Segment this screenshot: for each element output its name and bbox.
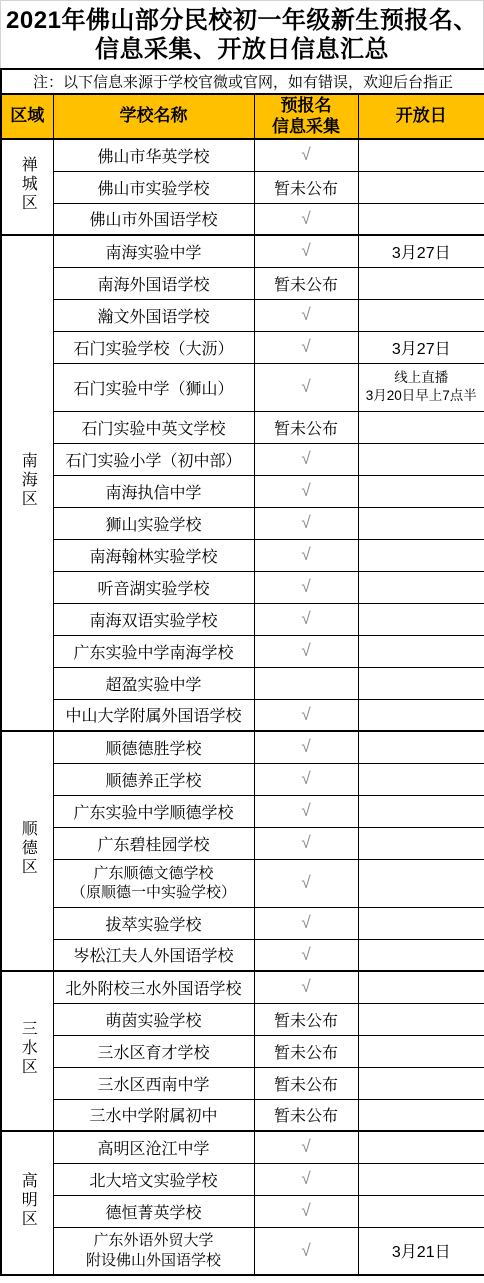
- school-name-cell: 佛山市实验学校: [53, 171, 254, 203]
- openday-cell: [358, 635, 484, 667]
- table-row: 狮山实验学校 √: [1, 507, 484, 539]
- table-row: 南海外国语学校 暂未公布: [1, 267, 484, 299]
- openday-cell: [358, 907, 484, 939]
- table-row: 石门实验中英文学校 暂未公布: [1, 411, 484, 443]
- openday-cell: [358, 1067, 484, 1099]
- openday-cell: [358, 1003, 484, 1035]
- table-row: 高明区 高明区沧江中学 √: [1, 1131, 484, 1163]
- school-name-cell: 拔萃实验学校: [53, 907, 254, 939]
- openday-cell: [358, 827, 484, 859]
- school-name-cell: 三水中学附属初中: [53, 1099, 254, 1131]
- prereg-status-cell: √: [254, 827, 358, 859]
- openday-cell: [358, 667, 484, 699]
- school-name-cell: 岑松江夫人外国语学校: [53, 939, 254, 971]
- school-name-cell: 三水区西南中学: [53, 1067, 254, 1099]
- prereg-status-cell: √: [254, 139, 358, 171]
- school-name-cell: 石门实验小学（初中部）: [53, 443, 254, 475]
- col-header-region: 区域: [1, 94, 53, 139]
- prereg-status-cell: 暂未公布: [254, 1099, 358, 1131]
- table-row: 拔萃实验学校 √: [1, 907, 484, 939]
- prereg-status-cell: √: [254, 539, 358, 571]
- openday-cell: [358, 171, 484, 203]
- prereg-status-cell: √: [254, 475, 358, 507]
- table-row: 顺德养正学校 √: [1, 763, 484, 795]
- prereg-status-cell: √: [254, 603, 358, 635]
- openday-cell: [358, 507, 484, 539]
- region-label: 禅城区: [19, 156, 35, 213]
- table-row: 中山大学附属外国语学校 √: [1, 699, 484, 731]
- openday-cell: [358, 731, 484, 763]
- openday-cell: [358, 1035, 484, 1067]
- openday-cell: [358, 475, 484, 507]
- table-row: 广东顺德文德学校 （原顺德一中实验学校） √: [1, 859, 484, 907]
- prereg-status-cell: √: [254, 731, 358, 763]
- school-name-cell: 广东实验中学南海学校: [53, 635, 254, 667]
- prereg-status-cell: √: [254, 1131, 358, 1163]
- school-name-cell: 北外附校三水外国语学校: [53, 971, 254, 1003]
- school-name-cell: 听音湖实验学校: [53, 571, 254, 603]
- table-row: 三水区育才学校 暂未公布: [1, 1035, 484, 1067]
- prereg-status-cell: √: [254, 1227, 358, 1275]
- prereg-status-cell: √: [254, 635, 358, 667]
- region-cell-nanhai: 南海区: [1, 235, 53, 731]
- note-row: 注：以下信息来源于学校官微或官网，如有错误，欢迎后台指正: [1, 69, 484, 94]
- prereg-status-cell: √: [254, 363, 358, 411]
- table-row: 广东实验中学南海学校 √: [1, 635, 484, 667]
- prereg-status-cell: 暂未公布: [254, 171, 358, 203]
- openday-cell: [358, 763, 484, 795]
- openday-cell: [358, 1131, 484, 1163]
- school-name-cell: 三水区育才学校: [53, 1035, 254, 1067]
- openday-cell: [358, 203, 484, 235]
- table-row: 三水中学附属初中 暂未公布: [1, 1099, 484, 1131]
- table-row: 瀚文外国语学校 √: [1, 299, 484, 331]
- table-row: 南海区 南海实验中学 √ 3月27日: [1, 235, 484, 267]
- prereg-status-cell: √: [254, 1163, 358, 1195]
- prereg-status-cell: 暂未公布: [254, 1035, 358, 1067]
- openday-cell: [358, 1195, 484, 1227]
- openday-cell: [358, 699, 484, 731]
- table-row: 三水区 北外附校三水外国语学校 √: [1, 971, 484, 1003]
- col-header-openday: 开放日: [358, 94, 484, 139]
- school-name-cell: 南海外国语学校: [53, 267, 254, 299]
- page: 2021年佛山部分民校初一年级新生预报名、 信息采集、开放日信息汇总 注：以下信…: [0, 0, 484, 1283]
- openday-cell: [358, 795, 484, 827]
- school-name-cell: 北大培文实验学校: [53, 1163, 254, 1195]
- prereg-status-cell: √: [254, 699, 358, 731]
- table-row: 南海双语实验学校 √: [1, 603, 484, 635]
- region-cell-gaoming: 高明区: [1, 1131, 53, 1275]
- table-row: 石门实验小学（初中部） √: [1, 443, 484, 475]
- prereg-status-cell: √: [254, 971, 358, 1003]
- openday-cell: [358, 603, 484, 635]
- table-row: 超盈实验中学: [1, 667, 484, 699]
- openday-cell: 线上直播 3月20日早上7点半: [358, 363, 484, 411]
- table-row: 萌茵实验学校 暂未公布: [1, 1003, 484, 1035]
- openday-cell: [358, 971, 484, 1003]
- openday-cell: [358, 1099, 484, 1131]
- table-row: 石门实验学校（大沥） √ 3月27日: [1, 331, 484, 363]
- school-name-cell: 高明区沧江中学: [53, 1131, 254, 1163]
- prereg-status-cell: [254, 667, 358, 699]
- openday-cell: [358, 267, 484, 299]
- col-header-prereg: 预报名 信息采集: [254, 94, 358, 139]
- table-row: 北大培文实验学校 √: [1, 1163, 484, 1195]
- openday-cell: [358, 411, 484, 443]
- school-name-cell: 中山大学附属外国语学校: [53, 699, 254, 731]
- openday-cell: [358, 443, 484, 475]
- prereg-status-cell: 暂未公布: [254, 267, 358, 299]
- prereg-status-cell: √: [254, 203, 358, 235]
- openday-cell: 3月27日: [358, 235, 484, 267]
- openday-cell: [358, 299, 484, 331]
- page-title-line-1: 2021年佛山部分民校初一年级新生预报名、: [1, 6, 483, 35]
- school-name-cell: 石门实验学校（大沥）: [53, 331, 254, 363]
- prereg-status-cell: √: [254, 507, 358, 539]
- school-name-cell: 顺德养正学校: [53, 763, 254, 795]
- page-title-line-2: 信息采集、开放日信息汇总: [1, 35, 483, 64]
- prereg-status-cell: √: [254, 235, 358, 267]
- prereg-status-cell: √: [254, 859, 358, 907]
- region-label: 南海区: [19, 452, 35, 509]
- table-header-row: 区域 学校名称 预报名 信息采集 开放日: [1, 94, 484, 139]
- school-name-cell: 广东外语外贸大学 附设佛山外国语学校: [53, 1227, 254, 1275]
- prereg-status-cell: √: [254, 763, 358, 795]
- table-row: 石门实验中学（狮山） √ 线上直播 3月20日早上7点半: [1, 363, 484, 411]
- prereg-status-cell: 暂未公布: [254, 1067, 358, 1099]
- prereg-status-cell: 暂未公布: [254, 411, 358, 443]
- openday-cell: 3月27日: [358, 331, 484, 363]
- openday-cell: [358, 571, 484, 603]
- table-row: 听音湖实验学校 √: [1, 571, 484, 603]
- table-row: 广东碧桂园学校 √: [1, 827, 484, 859]
- prereg-status-cell: √: [254, 571, 358, 603]
- region-label: 高明区: [19, 1172, 35, 1229]
- prereg-status-cell: √: [254, 443, 358, 475]
- note-text: 注：以下信息来源于学校官微或官网，如有错误，欢迎后台指正: [1, 69, 484, 94]
- page-title: 2021年佛山部分民校初一年级新生预报名、 信息采集、开放日信息汇总: [0, 0, 484, 68]
- prereg-status-cell: √: [254, 939, 358, 971]
- table-row: 顺德区 顺德德胜学校 √: [1, 731, 484, 763]
- openday-cell: [358, 939, 484, 971]
- school-name-cell: 广东实验中学顺德学校: [53, 795, 254, 827]
- school-name-cell: 狮山实验学校: [53, 507, 254, 539]
- school-name-cell: 顺德德胜学校: [53, 731, 254, 763]
- school-name-cell: 超盈实验中学: [53, 667, 254, 699]
- col-header-school: 学校名称: [53, 94, 254, 139]
- openday-cell: [358, 539, 484, 571]
- table-row: 广东实验中学顺德学校 √: [1, 795, 484, 827]
- school-name-cell: 南海执信中学: [53, 475, 254, 507]
- region-cell-sanshui: 三水区: [1, 971, 53, 1131]
- openday-cell: [358, 1163, 484, 1195]
- openday-cell: [358, 139, 484, 171]
- region-cell-chancheng: 禅城区: [1, 139, 53, 235]
- school-name-cell: 瀚文外国语学校: [53, 299, 254, 331]
- table-row: 禅城区 佛山市华英学校 √: [1, 139, 484, 171]
- prereg-status-cell: √: [254, 331, 358, 363]
- school-name-cell: 南海实验中学: [53, 235, 254, 267]
- prereg-status-cell: √: [254, 795, 358, 827]
- prereg-status-cell: √: [254, 907, 358, 939]
- school-name-cell: 广东顺德文德学校 （原顺德一中实验学校）: [53, 859, 254, 907]
- school-name-cell: 德恒菁英学校: [53, 1195, 254, 1227]
- table-row: 德恒菁英学校 √: [1, 1195, 484, 1227]
- region-label: 顺德区: [19, 820, 35, 877]
- school-name-cell: 佛山市华英学校: [53, 139, 254, 171]
- region-cell-shunde: 顺德区: [1, 731, 53, 971]
- openday-cell: [358, 859, 484, 907]
- school-name-cell: 南海双语实验学校: [53, 603, 254, 635]
- table-row: 三水区西南中学 暂未公布: [1, 1067, 484, 1099]
- region-label: 三水区: [19, 1020, 35, 1077]
- school-name-cell: 广东碧桂园学校: [53, 827, 254, 859]
- openday-cell: 3月21日: [358, 1227, 484, 1275]
- prereg-status-cell: √: [254, 299, 358, 331]
- table-row: 岑松江夫人外国语学校 √: [1, 939, 484, 971]
- school-name-cell: 石门实验中英文学校: [53, 411, 254, 443]
- table-row: 佛山市外国语学校 √: [1, 203, 484, 235]
- table-row: 佛山市实验学校 暂未公布: [1, 171, 484, 203]
- prereg-status-cell: √: [254, 1195, 358, 1227]
- prereg-status-cell: 暂未公布: [254, 1003, 358, 1035]
- schools-table: 注：以下信息来源于学校官微或官网，如有错误，欢迎后台指正 区域 学校名称 预报名…: [0, 68, 484, 1276]
- school-name-cell: 石门实验中学（狮山）: [53, 363, 254, 411]
- table-row: 南海执信中学 √: [1, 475, 484, 507]
- school-name-cell: 佛山市外国语学校: [53, 203, 254, 235]
- school-name-cell: 南海翰林实验学校: [53, 539, 254, 571]
- school-name-cell: 萌茵实验学校: [53, 1003, 254, 1035]
- table-row: 南海翰林实验学校 √: [1, 539, 484, 571]
- table-row: 广东外语外贸大学 附设佛山外国语学校 √ 3月21日: [1, 1227, 484, 1275]
